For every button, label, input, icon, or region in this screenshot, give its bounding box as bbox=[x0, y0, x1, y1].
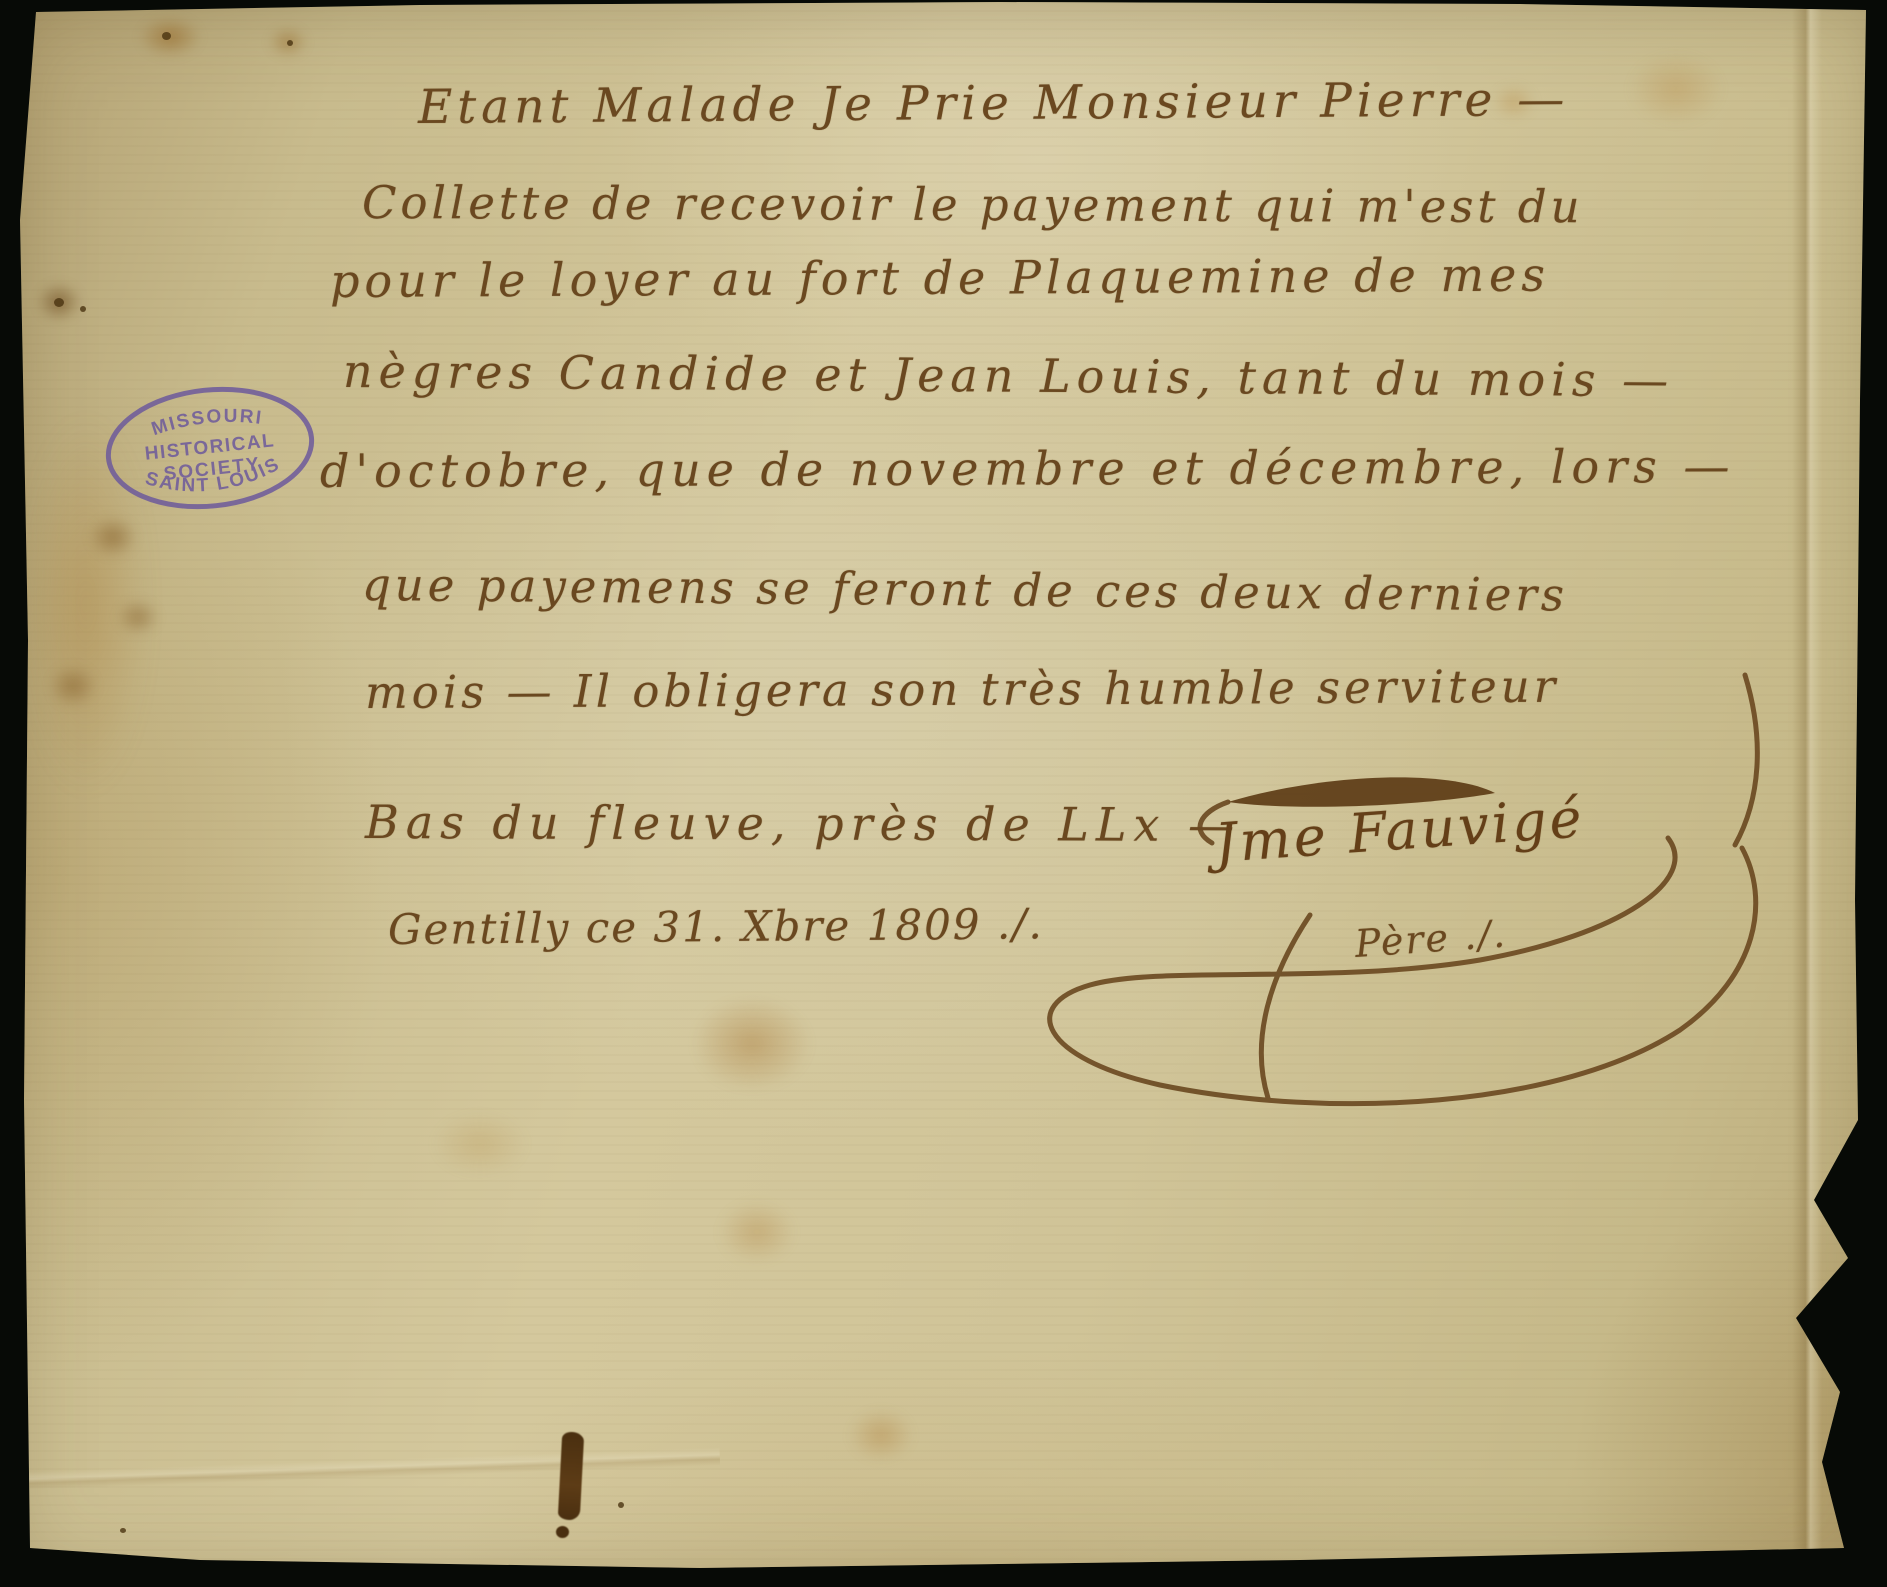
archive-stamp: MISSOURI HISTORICAL SOCIETY SAINT LOUIS bbox=[89, 370, 332, 525]
paper-stain bbox=[116, 598, 160, 636]
paper-stain bbox=[692, 996, 812, 1091]
signature-paraph-loop bbox=[1050, 838, 1756, 1104]
paper-stain bbox=[718, 1200, 796, 1264]
ink-blot bbox=[556, 1526, 569, 1538]
manuscript-line-1: Etant Malade Je Prie Monsieur Pierre — bbox=[418, 72, 1570, 135]
paper-stain bbox=[432, 1112, 528, 1176]
manuscript-date-line: Gentilly ce 31. Xbre 1809 ./. bbox=[388, 899, 1044, 954]
document-paper: MISSOURI HISTORICAL SOCIETY SAINT LOUIS … bbox=[0, 0, 1887, 1587]
scan-background: { "manuscript": { "lines": [ "Etant Mala… bbox=[0, 0, 1887, 1587]
paper-fleck bbox=[54, 298, 64, 307]
manuscript-line-3: pour le loyer au fort de Plaquemine de m… bbox=[330, 248, 1550, 308]
paper-fold-crease bbox=[0, 1447, 720, 1490]
paper-stain bbox=[1628, 52, 1724, 126]
manuscript-line-6: que payemens se feront de ces deux derni… bbox=[362, 558, 1568, 622]
ink-blot bbox=[558, 1431, 585, 1520]
paper-stain bbox=[848, 1408, 914, 1462]
manuscript-line-4: nègres Candide et Jean Louis, tant du mo… bbox=[343, 344, 1674, 407]
paper-fleck bbox=[287, 40, 293, 46]
manuscript-line-2: Collette de recevoir le payement qui m'e… bbox=[362, 176, 1584, 233]
signature-flourish bbox=[1000, 620, 1820, 1140]
signature-accent-stroke bbox=[1735, 675, 1757, 845]
paper-fleck bbox=[80, 306, 86, 312]
paper-fleck bbox=[120, 1528, 126, 1533]
paper-fleck bbox=[162, 32, 171, 40]
manuscript-line-5: d'octobre, que de novembre et décembre, … bbox=[320, 439, 1736, 498]
paper-stain bbox=[48, 664, 98, 708]
paper-fleck bbox=[618, 1502, 624, 1508]
signature-descender-stroke bbox=[1261, 915, 1310, 1098]
